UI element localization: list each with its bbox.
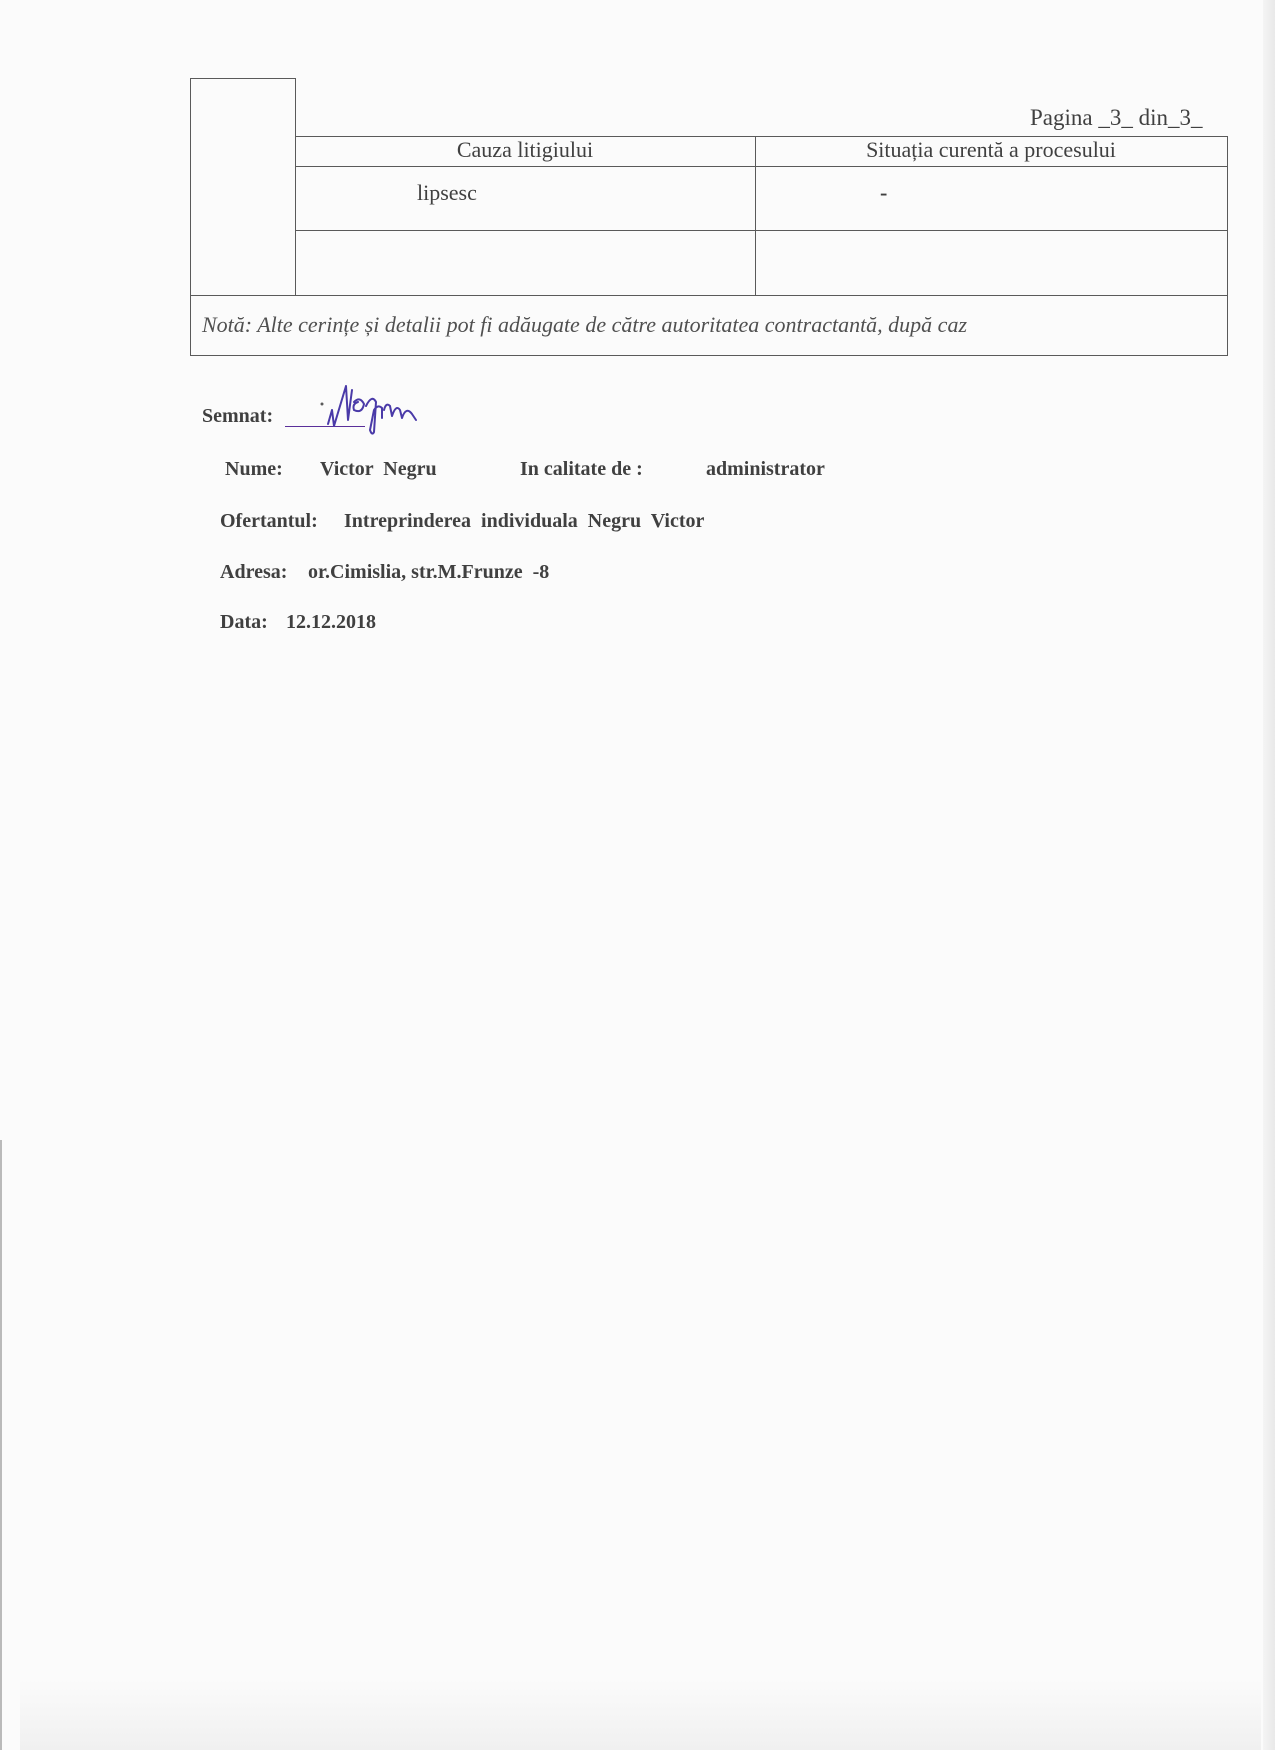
name-row: Nume: bbox=[225, 458, 283, 481]
name-label: Nume: bbox=[225, 458, 283, 480]
column-header-status: Situația curentă a procesului bbox=[755, 137, 1227, 163]
table-header-bottom bbox=[295, 166, 1228, 167]
address-value: or.Cimislia, str.M.Frunze -8 bbox=[308, 561, 549, 584]
scan-bottom-shadow bbox=[20, 1680, 1261, 1750]
table-border-left bbox=[190, 78, 191, 356]
table-note: Notă: Alte cerințe și detalii pot fi adă… bbox=[202, 312, 967, 338]
table-row1-bottom bbox=[295, 230, 1228, 231]
table-cell-cause: lipsesc bbox=[417, 180, 477, 206]
column-header-cause: Cauza litigiului bbox=[295, 137, 755, 163]
handwritten-signature bbox=[318, 380, 428, 436]
signed-label: Semnat: bbox=[202, 405, 273, 428]
bidder-value: Intreprinderea individuala Negru Victor bbox=[344, 510, 704, 533]
role-value: administrator bbox=[706, 458, 825, 481]
page-indicator: Pagina _3_ din_3_ bbox=[1030, 105, 1203, 131]
name-value: Victor Negru bbox=[320, 458, 437, 481]
role-label: In calitate de : bbox=[520, 458, 643, 481]
date-value: 12.12.2018 bbox=[286, 611, 376, 634]
scan-edge-right bbox=[1263, 0, 1275, 1750]
table-border-top-stub bbox=[190, 78, 295, 79]
table-border-right bbox=[1227, 136, 1228, 356]
scan-edge-left bbox=[0, 1140, 2, 1750]
table-border-bottom bbox=[190, 355, 1228, 356]
address-label: Adresa: bbox=[220, 561, 287, 584]
table-stub-divider bbox=[295, 78, 296, 296]
table-row2-bottom bbox=[190, 295, 1228, 296]
bidder-label: Ofertantul: bbox=[220, 510, 318, 533]
date-label: Data: bbox=[220, 611, 268, 634]
table-cell-status: - bbox=[880, 180, 887, 206]
